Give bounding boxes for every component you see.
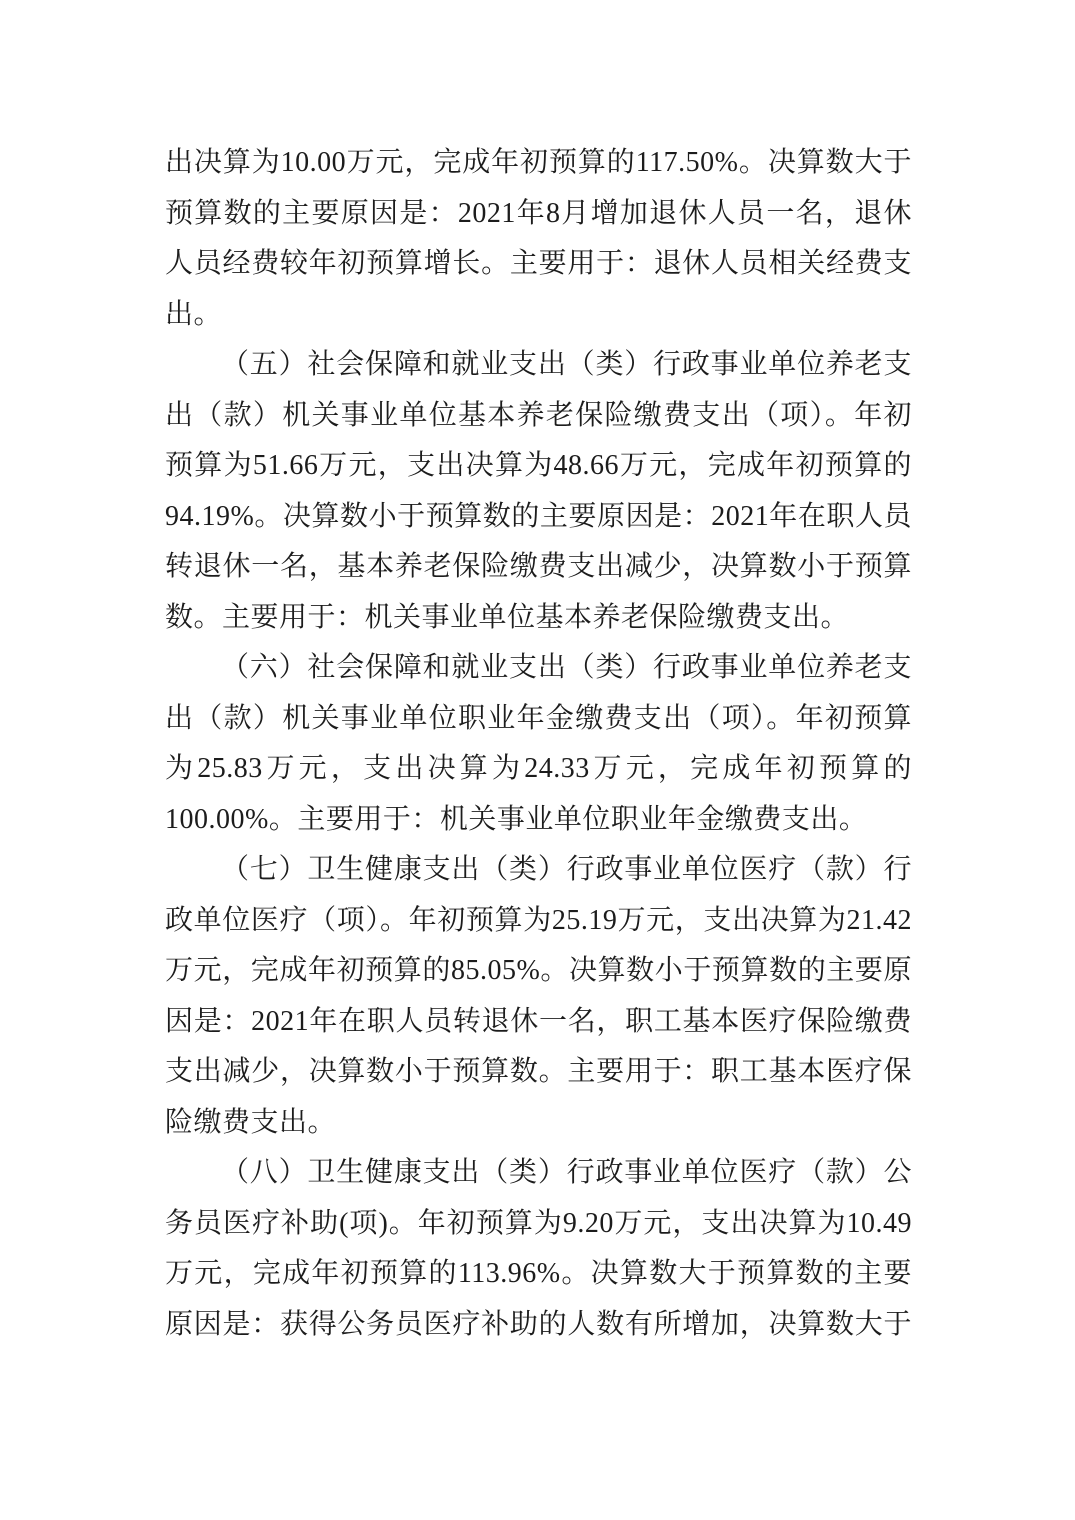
text-line: 险缴费支出。: [165, 1098, 912, 1149]
text-line: 因是：2021年在职人员转退休一名，职工基本医疗保险缴费: [165, 997, 912, 1048]
text-line: 支出减少，决算数小于预算数。主要用于：职工基本医疗保: [165, 1047, 912, 1098]
text-line: 预算为51.66万元，支出决算为48.66万元，完成年初预算的: [165, 441, 912, 492]
paragraph-2: （六）社会保障和就业支出（类）行政事业单位养老支出（款）机关事业单位职业年金缴费…: [165, 643, 912, 845]
text-line: 万元，完成年初预算的85.05%。决算数小于预算数的主要原: [165, 946, 912, 997]
text-line: 务员医疗补助(项)。年初预算为9.20万元，支出决算为10.49: [165, 1199, 912, 1250]
text-line: （五）社会保障和就业支出（类）行政事业单位养老支: [165, 340, 912, 391]
text-line: 94.19%。决算数小于预算数的主要原因是：2021年在职人员: [165, 492, 912, 543]
text-line: 出。: [165, 290, 912, 341]
text-line: 转退休一名，基本养老保险缴费支出减少，决算数小于预算: [165, 542, 912, 593]
text-line: （八）卫生健康支出（类）行政事业单位医疗（款）公: [165, 1148, 912, 1199]
text-line: 预算数的主要原因是：2021年8月增加退休人员一名，退休: [165, 189, 912, 240]
text-line: 原因是：获得公务员医疗补助的人数有所增加，决算数大于: [165, 1300, 912, 1351]
paragraph-3: （七）卫生健康支出（类）行政事业单位医疗（款）行政单位医疗（项）。年初预算为25…: [165, 845, 912, 1148]
text-line: 人员经费较年初预算增长。主要用于：退休人员相关经费支: [165, 239, 912, 290]
text-line: 出（款）机关事业单位基本养老保险缴费支出（项）。年初: [165, 391, 912, 442]
text-line: 万元，完成年初预算的113.96%。决算数大于预算数的主要: [165, 1249, 912, 1300]
text-line: 数。主要用于：机关事业单位基本养老保险缴费支出。: [165, 593, 912, 644]
text-line: （六）社会保障和就业支出（类）行政事业单位养老支: [165, 643, 912, 694]
document-page: 出决算为10.00万元，完成年初预算的117.50%。决算数大于预算数的主要原因…: [0, 0, 1075, 1520]
text-block: 出决算为10.00万元，完成年初预算的117.50%。决算数大于预算数的主要原因…: [165, 138, 912, 1350]
text-line: 出决算为10.00万元，完成年初预算的117.50%。决算数大于: [165, 138, 912, 189]
paragraph-4: （八）卫生健康支出（类）行政事业单位医疗（款）公务员医疗补助(项)。年初预算为9…: [165, 1148, 912, 1350]
text-line: 为25.83万元，支出决算为24.33万元，完成年初预算的: [165, 744, 912, 795]
paragraph-0: 出决算为10.00万元，完成年初预算的117.50%。决算数大于预算数的主要原因…: [165, 138, 912, 340]
text-line: 100.00%。主要用于：机关事业单位职业年金缴费支出。: [165, 795, 912, 846]
paragraph-1: （五）社会保障和就业支出（类）行政事业单位养老支出（款）机关事业单位基本养老保险…: [165, 340, 912, 643]
text-line: 出（款）机关事业单位职业年金缴费支出（项）。年初预算: [165, 694, 912, 745]
text-line: 政单位医疗（项）。年初预算为25.19万元，支出决算为21.42: [165, 896, 912, 947]
text-line: （七）卫生健康支出（类）行政事业单位医疗（款）行: [165, 845, 912, 896]
